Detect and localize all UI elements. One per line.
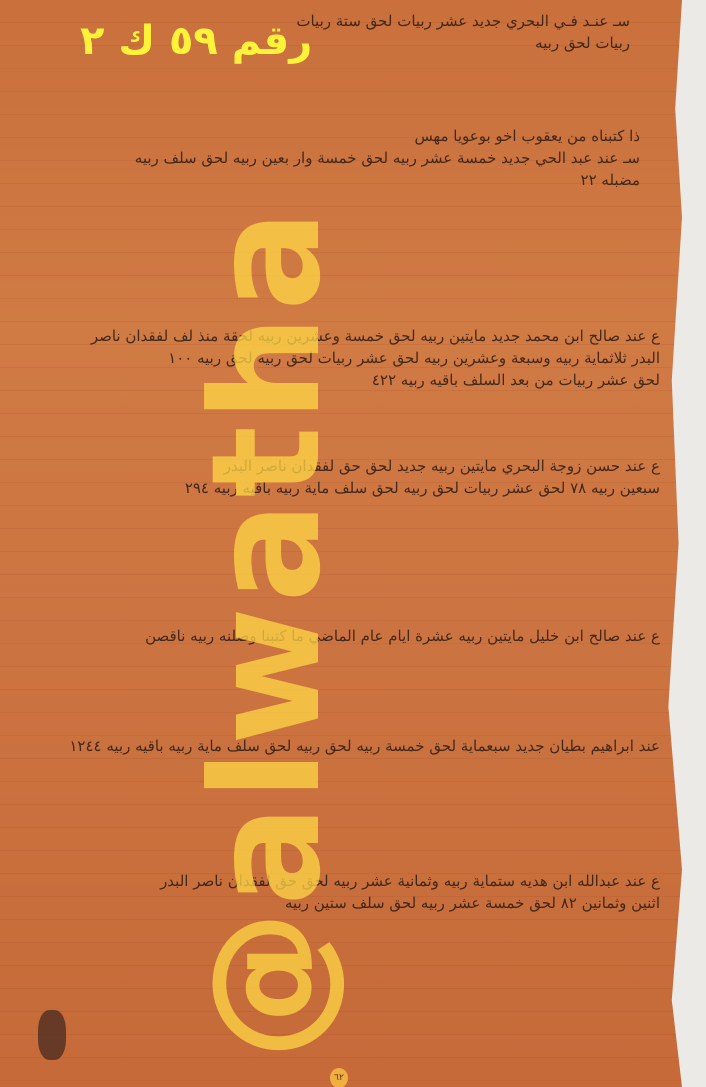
document-number-label: رقم ٥٩ ك ٢ — [80, 18, 312, 64]
watermark: @alwatha — [180, 206, 354, 1060]
page-number: ٦٢ — [330, 1068, 348, 1087]
text-block: ع عند صالح ابن خليل مايتين ربيه عشرة ايا… — [50, 625, 660, 647]
text-block: ذا كتبناه من يعقوب اخو بوعويا مهس سـ عند… — [40, 125, 640, 191]
text-block: عند ابراهيم بطيان جديد سبعماية لحق خمسة … — [50, 735, 660, 757]
ink-stain — [38, 1010, 66, 1060]
